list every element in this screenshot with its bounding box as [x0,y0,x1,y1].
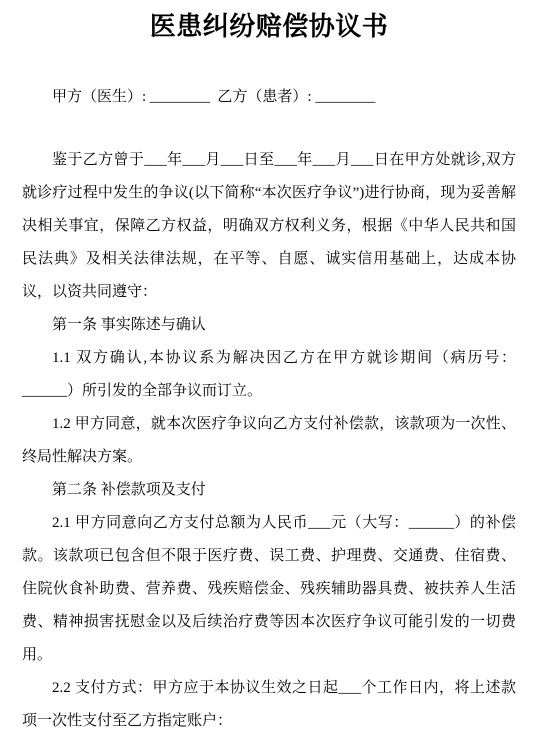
section-2-heading: 第二条 补偿款项及支付 [22,474,516,507]
document-body: 甲方（医生）: ________ 乙方（患者）: ________ 鉴于乙方曾于… [0,81,538,738]
clause-2-1: 2.1 甲方同意向乙方支付总额为人民币___元（大写：______）的补偿款。该… [22,507,516,672]
clause-1-1: 1.1 双方确认,本协议系为解决因乙方在甲方就诊期间（病历号：______）所引… [22,342,516,408]
parties-line: 甲方（医生）: ________ 乙方（患者）: ________ [22,81,516,114]
clause-2-2: 2.2 支付方式：甲方应于本协议生效之日起___个工作日内，将上述款项一次性支付… [22,672,516,738]
preamble-paragraph: 鉴于乙方曾于___年___月___日至___年___月___日在甲方处就诊,双方… [22,144,516,309]
clause-1-2: 1.2 甲方同意，就本次医疗争议向乙方支付补偿款，该款项为一次性、终局性解决方案… [22,408,516,474]
document-page: 医患纠纷赔偿协议书 甲方（医生）: ________ 乙方（患者）: _____… [0,0,538,738]
section-1-heading: 第一条 事实陈述与确认 [22,309,516,342]
document-title: 医患纠纷赔偿协议书 [0,10,538,44]
